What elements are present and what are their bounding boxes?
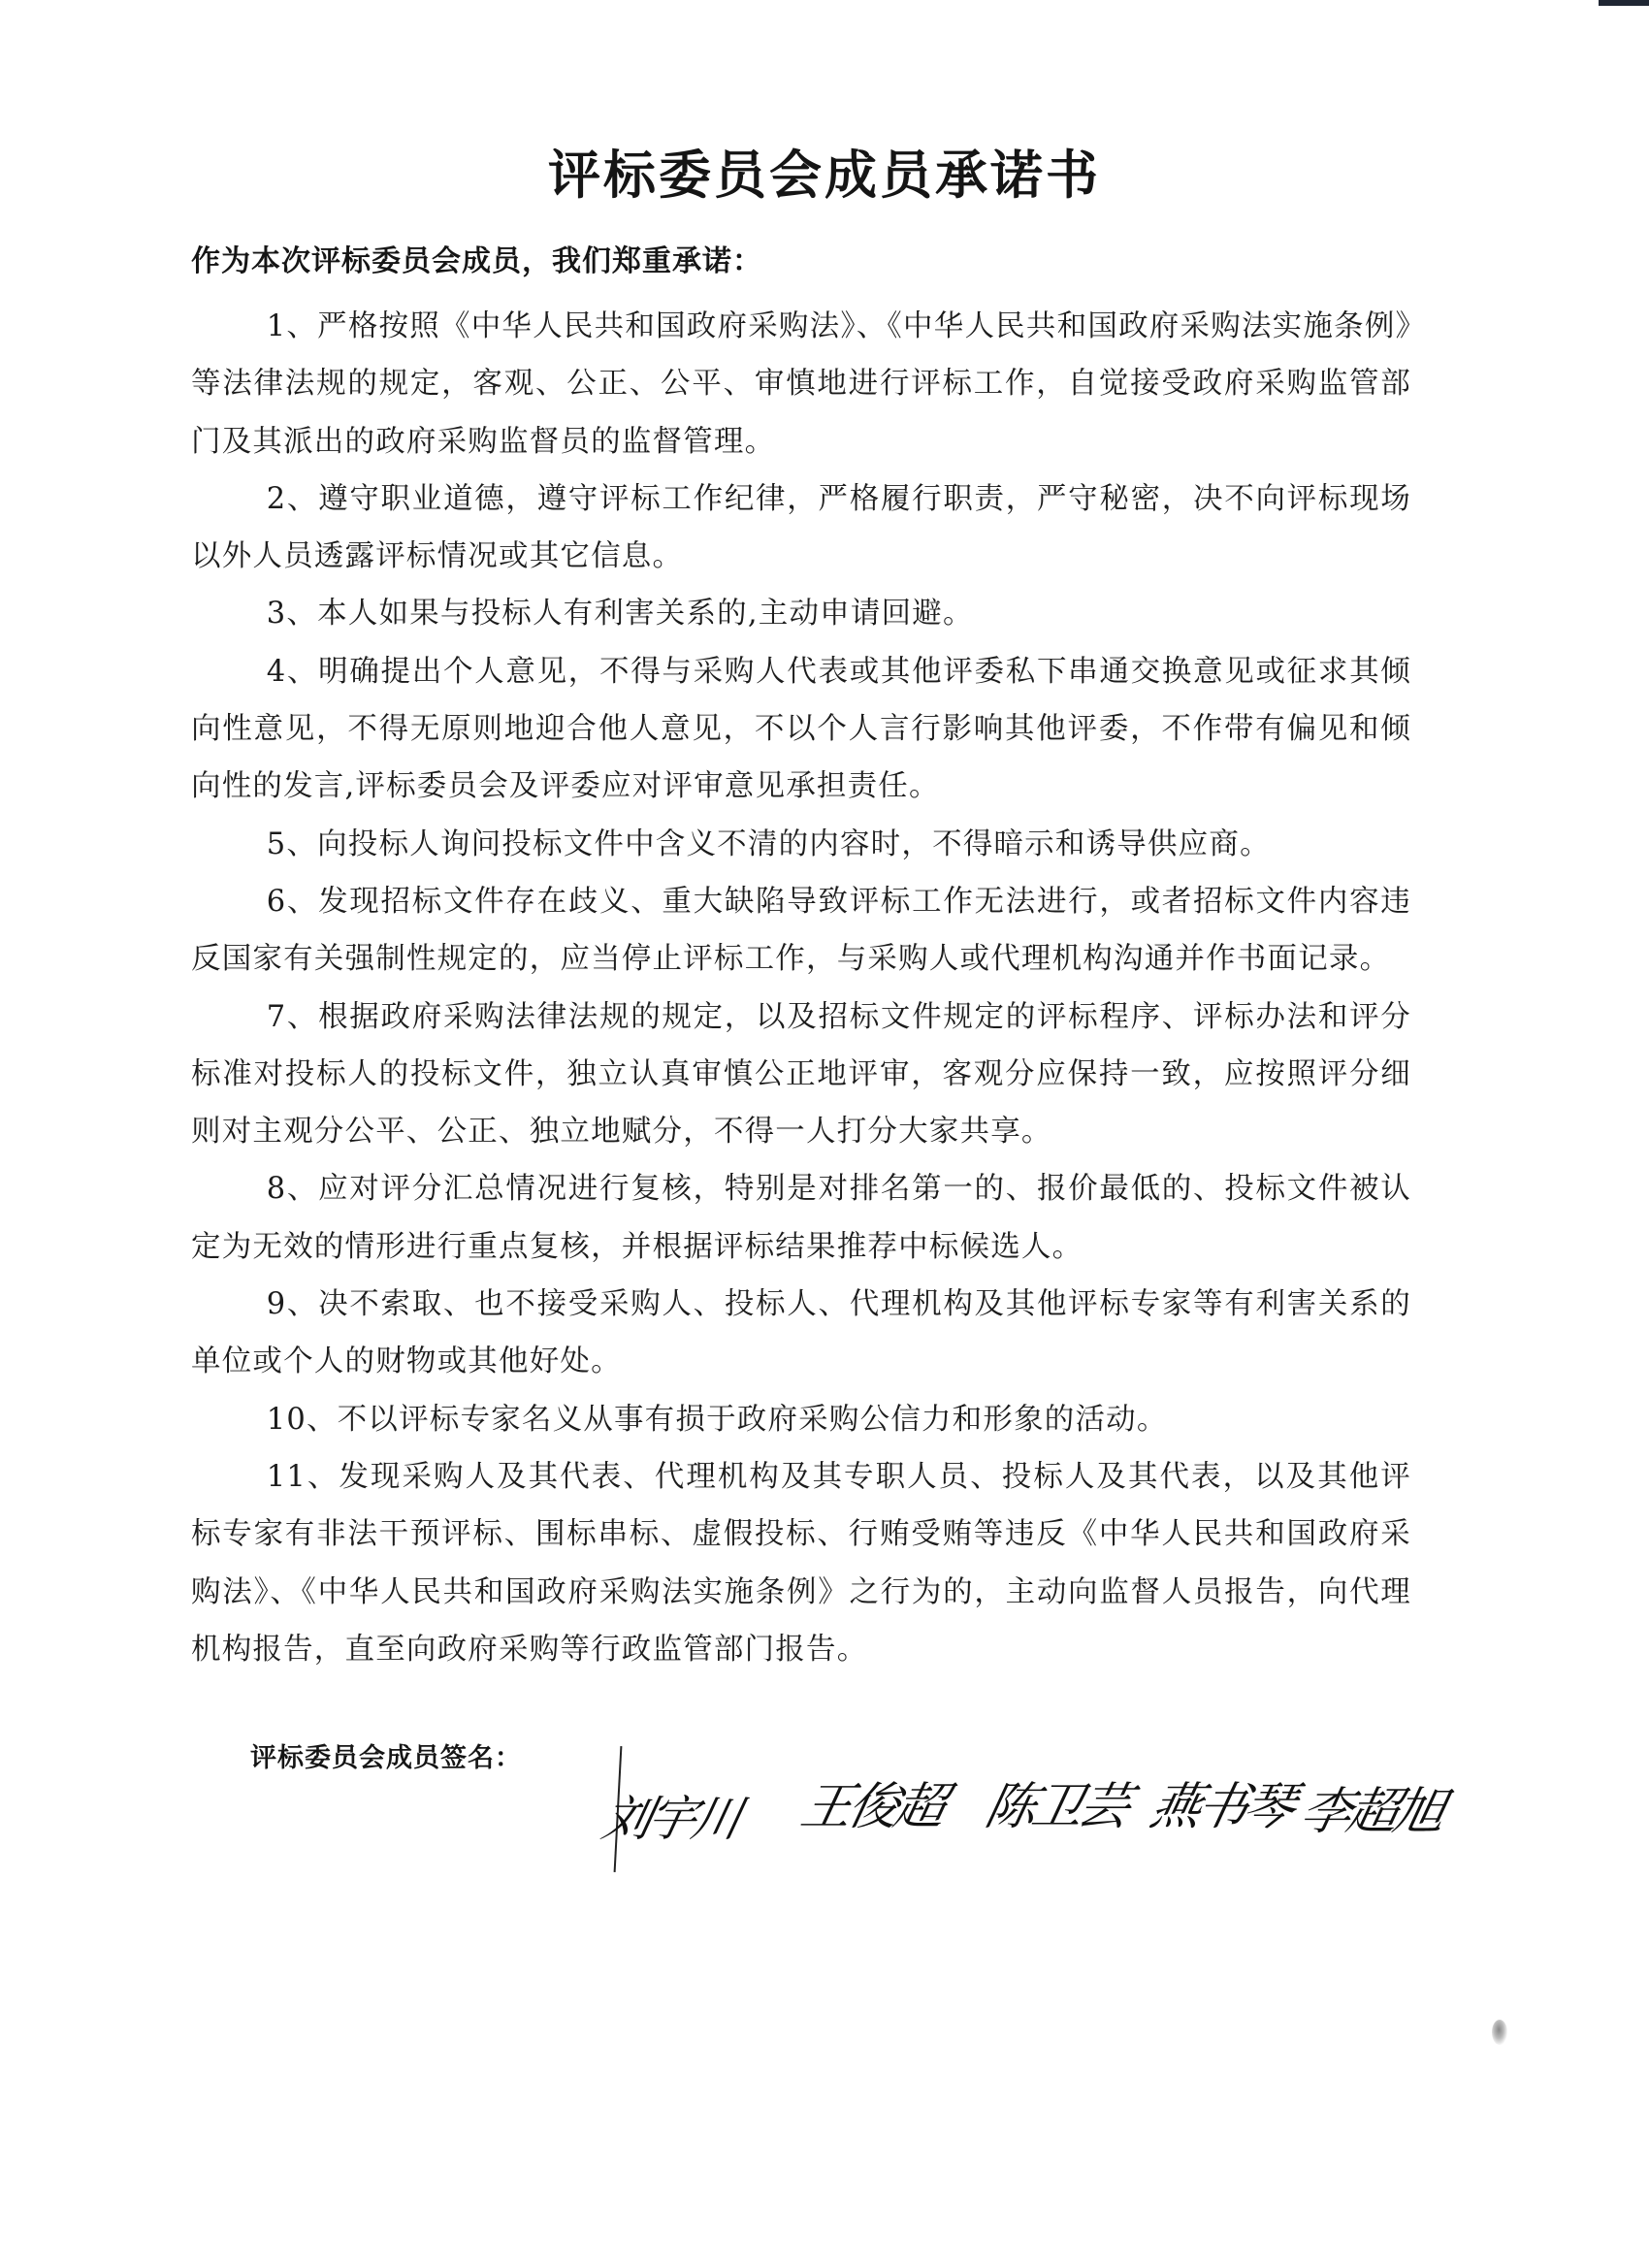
signature-label: 评标委员会成员签名： [250,1736,522,1774]
commitment-item-4: 4、明确提出个人意见，不得与采购人代表或其他评委私下串通交换意见或征求其倾向性意… [191,643,1411,816]
commitment-item-8: 8、应对评分汇总情况进行复核，特别是对排名第一的、报价最低的、投标文件被认定为无… [191,1160,1411,1276]
document-title: 评标委员会成员承诺书 [0,134,1649,209]
commitment-item-3: 3、本人如果与投标人有利害关系的,主动申请回避。 [191,585,1411,642]
signature-2: 王俊超 [795,1766,951,1838]
signature-1: 刘宇川 [597,1780,745,1850]
commitment-item-11: 11、发现采购人及其代表、代理机构及其专职人员、投标人及其代表，以及其他评标专家… [191,1448,1411,1678]
signature-4: 燕书琴 [1145,1766,1300,1838]
scan-speck [1492,2020,1507,2045]
signature-5: 李超旭 [1295,1770,1450,1843]
signature-section: 评标委员会成员签名： 刘宇川 王俊超 陈卫芸 燕书琴 李超旭 [250,1736,1589,1930]
intro-statement: 作为本次评标委员会成员，我们郑重承诺： [191,237,762,279]
signature-3: 陈卫芸 [980,1766,1135,1838]
scan-edge-mark [1599,0,1649,6]
commitment-item-1: 1、严格按照《中华人民共和国政府采购法》、《中华人民共和国政府采购法实施条例》等… [191,298,1411,470]
commitment-item-2: 2、遵守职业道德，遵守评标工作纪律，严格履行职责，严守秘密，决不向评标现场以外人… [191,470,1411,586]
commitment-item-6: 6、发现招标文件存在歧义、重大缺陷导致评标工作无法进行，或者招标文件内容违反国家… [191,873,1411,988]
commitment-item-5: 5、向投标人询问投标文件中含义不清的内容时，不得暗示和诱导供应商。 [191,816,1411,873]
commitment-item-10: 10、不以评标专家名义从事有损于政府采购公信力和形象的活动。 [191,1391,1411,1448]
commitment-item-9: 9、决不索取、也不接受采购人、投标人、代理机构及其他评标专家等有利害关系的单位或… [191,1276,1411,1391]
commitment-list: 1、严格按照《中华人民共和国政府采购法》、《中华人民共和国政府采购法实施条例》等… [191,298,1411,1678]
commitment-item-7: 7、根据政府采购法律法规的规定，以及招标文件规定的评标程序、评标办法和评分标准对… [191,988,1411,1161]
